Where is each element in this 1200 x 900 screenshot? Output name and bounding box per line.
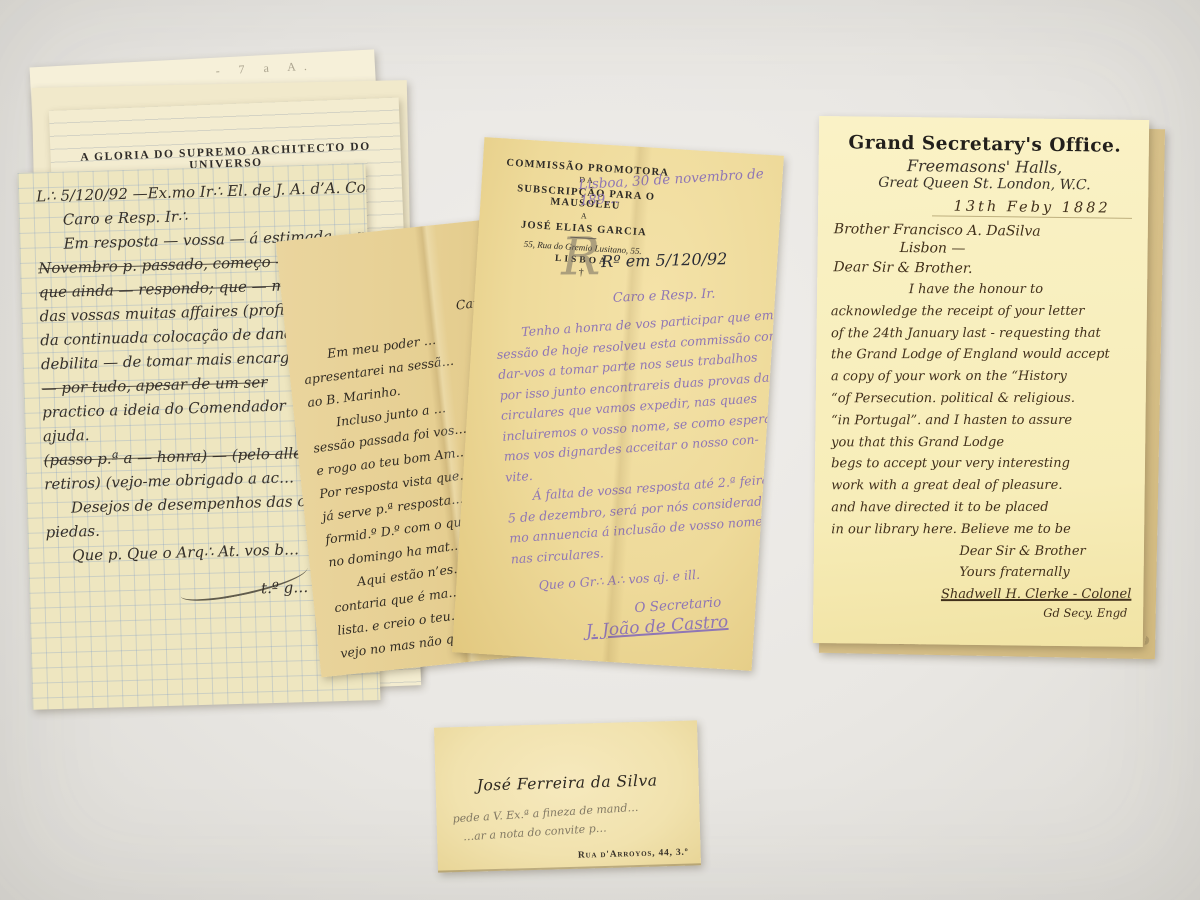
salutation: Dear Sir & Brother.: [833, 259, 1133, 279]
date-rule: 13th Feby 1882: [932, 197, 1132, 218]
card-note: pede a V. Ex.ª a fineza de mand…: [452, 801, 639, 826]
text-line: acknowledge the receipt of your letter: [831, 301, 1131, 323]
commission-body-lines: Tenho a honra de vos participar que emse…: [495, 305, 784, 598]
photo-backdrop: - 7 a A. a 11 1 · — A GLORIA DO SUPREMO …: [0, 0, 1200, 900]
office-header: Grand Secretary's Office.: [835, 132, 1135, 157]
text-line: “in Portugal”. and I hasten to assure: [831, 410, 1131, 432]
text-line: begs to accept your very interesting: [831, 453, 1131, 475]
recipient-line: Brother Francisco A. DaSilva: [834, 221, 1134, 241]
typed-fragment: - 7 a A.: [215, 59, 315, 79]
recipient-city: Lisbon —: [834, 239, 1134, 259]
english-letter-body: I have the honour toacknowledge the rece…: [831, 279, 1132, 625]
text-line: of the 24th January last - requesting th…: [831, 322, 1131, 344]
text-line: Gd Secy. Engd: [831, 603, 1131, 625]
text-line: Dear Sir & Brother: [831, 540, 1131, 562]
card-name: José Ferreira da Silva: [435, 770, 698, 795]
text-line: Yours fraternally: [831, 562, 1131, 584]
registry-note: Rº em 5/120/92: [601, 249, 728, 271]
text-line: and have directed it to be placed: [831, 497, 1131, 519]
card-note: …ar a nota do convite p…: [463, 821, 607, 843]
address-line: Great Queen St. London, W.C.: [834, 174, 1134, 194]
text-line: you that this Grand Lodge: [831, 431, 1131, 453]
text-line: the Grand Lodge of England would accept: [831, 344, 1131, 366]
visiting-card: José Ferreira da Silva pede a V. Ex.ª a …: [434, 720, 701, 872]
text-line: “of Persecution. political & religious.: [831, 388, 1131, 410]
text-line: in our library here. Believe me to be: [831, 519, 1131, 541]
commission-letter-sheet: COMMISSÃO PROMOTORA DA SUBSCRIPÇÃO PARA …: [452, 137, 784, 671]
salutation: Caro e Resp. Ir.: [613, 287, 716, 306]
card-address: Rua d'Arroyos, 44, 3.º: [578, 848, 689, 861]
text-line: work with a great deal of pleasure.: [831, 475, 1131, 497]
text-line: a copy of your work on the “History: [831, 366, 1131, 388]
english-letter-sheet: Grand Secretary's Office. Freemasons' Ha…: [813, 116, 1149, 647]
pencil-initial: R: [561, 227, 601, 287]
commission-letter-body: Tenho a honra de vos participar que emse…: [495, 305, 784, 645]
text-line: I have the honour to: [831, 279, 1131, 301]
date-line: 13th Feby 1882: [954, 199, 1111, 217]
